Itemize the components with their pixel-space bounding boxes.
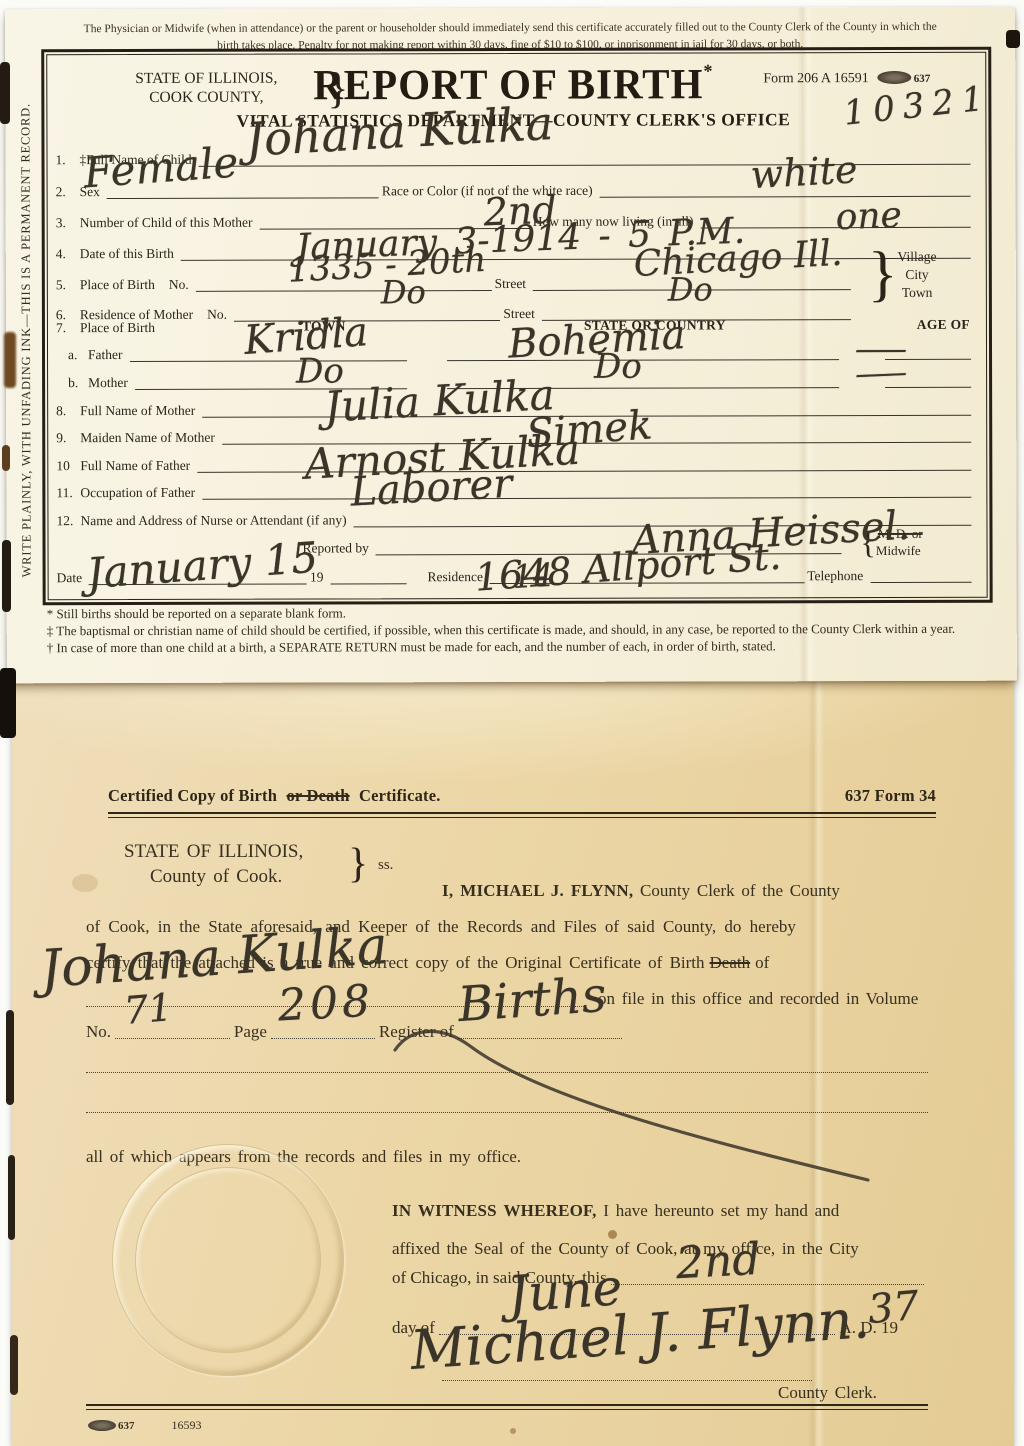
edge-mark bbox=[1006, 30, 1020, 48]
dotted-blank bbox=[458, 1036, 622, 1039]
blank-line bbox=[202, 495, 971, 500]
date-label: Date bbox=[57, 570, 87, 587]
in-witness-whereof-bold: IN WITNESS WHEREOF, bbox=[392, 1201, 597, 1220]
binding-mark bbox=[10, 1335, 18, 1395]
maiden-name-of-mother-label: Maiden Name of Mother bbox=[80, 430, 219, 447]
no-label: No. bbox=[86, 1022, 111, 1042]
occupation-handwritten: Laborer bbox=[349, 464, 513, 513]
nurse-attendant-label: Name and Address of Nurse or Attendant (… bbox=[80, 512, 350, 530]
clerk-name-bold: I, MICHAEL J. FLYNN, bbox=[442, 881, 633, 900]
village-city-town-block: } Village City Town bbox=[868, 247, 937, 303]
mother-age-dash-handwritten: — bbox=[852, 358, 910, 390]
ss-label: ss. bbox=[378, 856, 393, 876]
certified-copy-page: Certified Copy of Birth or Death Certifi… bbox=[12, 664, 1014, 1446]
binding-mark bbox=[0, 668, 16, 738]
footnotes: * Still births should be reported on a s… bbox=[47, 603, 999, 657]
form-number: Form 206 A 16591 637 bbox=[763, 71, 930, 87]
telephone-label: Telephone bbox=[807, 568, 867, 585]
write-plainly-side-note: WRITE PLAINLY, WITH UNFADING INK—THIS IS… bbox=[18, 70, 37, 610]
on-file-text: on file in this office and recorded in V… bbox=[598, 988, 918, 1010]
union-label-number: 637 bbox=[914, 73, 931, 85]
footnote-separate-return: † In case of more than one child at a bi… bbox=[47, 637, 999, 657]
binding-mark bbox=[6, 1010, 14, 1105]
stain-spot bbox=[510, 1428, 516, 1434]
date-of-birth-label: Date of this Birth bbox=[80, 246, 178, 263]
certify-paragraph-line1: I, MICHAEL J. FLYNN, County Clerk of the… bbox=[442, 880, 840, 902]
blank-line bbox=[870, 580, 971, 583]
full-name-of-father-label: Full Name of Father bbox=[80, 458, 194, 475]
witness-line2: affixed the Seal of the County of Cook, … bbox=[392, 1238, 859, 1260]
stain-spot bbox=[72, 874, 98, 892]
mother-name-handwritten: Julia Kulka bbox=[323, 374, 556, 429]
mother-label: Mother bbox=[88, 375, 132, 392]
place-of-birth-label: Place of Birth bbox=[80, 277, 159, 294]
village-label: Village bbox=[898, 249, 937, 264]
sex-handwritten: Female bbox=[82, 141, 239, 194]
residence-street-ditto-handwritten: Do bbox=[668, 273, 713, 305]
birth-report-page: The Physician or Midwife (when in attend… bbox=[5, 7, 1017, 684]
city-label: City bbox=[905, 267, 928, 282]
house-number-label: No. bbox=[169, 277, 193, 294]
year-handwritten: 37 bbox=[866, 1286, 920, 1330]
stain-spot bbox=[608, 1230, 617, 1239]
register-handwritten: Births bbox=[457, 971, 608, 1029]
title-star: * bbox=[703, 60, 713, 81]
blank-line bbox=[196, 288, 492, 292]
binding-mark bbox=[2, 540, 11, 612]
town-label: Town bbox=[902, 285, 933, 300]
union-label-seal-icon bbox=[88, 1420, 116, 1431]
rust-stain bbox=[4, 332, 16, 388]
death-struck: Death bbox=[705, 953, 756, 972]
dotted-blank bbox=[271, 1036, 375, 1039]
mother-country-ditto-handwritten: Do bbox=[594, 350, 642, 384]
residence-ditto-handwritten: Do bbox=[381, 276, 426, 308]
binding-mark bbox=[8, 1155, 15, 1240]
embossed-county-seal bbox=[112, 1144, 344, 1376]
witness-line1: IN WITNESS WHEREOF, I have hereunto set … bbox=[392, 1200, 839, 1222]
empty-dotted-line bbox=[86, 1070, 928, 1073]
blank-line bbox=[107, 195, 379, 199]
street-label: Street bbox=[495, 276, 531, 293]
full-name-of-mother-label: Full Name of Mother bbox=[80, 403, 199, 420]
volume-number-handwritten: 71 bbox=[122, 988, 173, 1030]
print-code-line: 637 16593 bbox=[86, 1418, 202, 1434]
print-code: 16593 bbox=[172, 1418, 202, 1432]
number-of-child-label: Number of Child of this Mother bbox=[80, 215, 257, 232]
occupation-of-father-label: Occupation of Father bbox=[80, 485, 199, 502]
living-count-handwritten: one bbox=[835, 198, 902, 236]
or-death-struck: or Death bbox=[281, 786, 354, 805]
appears-line: all of which appears from the records an… bbox=[86, 1146, 521, 1168]
row-occupation-of-father: 11. Occupation of Father bbox=[56, 476, 974, 502]
page-label: Page bbox=[234, 1022, 267, 1042]
union-label-number: 637 bbox=[118, 1420, 135, 1432]
place-of-birth-parents-label: Place of Birth bbox=[80, 320, 159, 337]
footnote-baptismal: ‡ The baptismal or christian name of chi… bbox=[47, 620, 999, 640]
note-line-1: The Physician or Midwife (when in attend… bbox=[84, 21, 937, 35]
page-number-handwritten: 208 bbox=[277, 980, 375, 1029]
empty-dotted-line bbox=[86, 1110, 928, 1113]
county-clerk-title: County Clerk. bbox=[778, 1382, 877, 1404]
day-ordinal-handwritten: 2nd bbox=[675, 1238, 762, 1286]
blank-line bbox=[331, 581, 407, 584]
scanned-birth-record: { "scan": { "note_line1": "The Physician… bbox=[0, 0, 1024, 1446]
form-reference: 637 Form 34 bbox=[845, 786, 936, 806]
register-of-label: Register of bbox=[379, 1022, 454, 1042]
age-of-column-header: AGE OF bbox=[917, 317, 970, 333]
certified-county-label: County of Cook. bbox=[124, 865, 282, 890]
bottom-rule bbox=[86, 1404, 928, 1411]
binding-mark bbox=[0, 62, 10, 124]
race-handwritten: white bbox=[750, 150, 859, 194]
binding-mark bbox=[2, 445, 10, 471]
certified-state-block: STATE OF ILLINOIS, County of Cook. bbox=[124, 840, 303, 889]
dotted-blank bbox=[115, 1036, 230, 1039]
witness-line3-row: of Chicago, in said County, this bbox=[392, 1262, 928, 1288]
father-label: Father bbox=[88, 347, 127, 364]
dotted-blank bbox=[611, 1282, 924, 1285]
village-brace: } bbox=[868, 247, 898, 303]
signature-dotted-line bbox=[442, 1378, 812, 1381]
certified-copy-heading: Certified Copy of Birth or Death Certifi… bbox=[108, 786, 441, 806]
clerk-signature-handwritten: Michael J. Flynn. bbox=[409, 1292, 872, 1378]
header-rule bbox=[108, 812, 936, 819]
union-label-seal-icon bbox=[878, 71, 912, 84]
ss-brace: } bbox=[348, 840, 368, 888]
